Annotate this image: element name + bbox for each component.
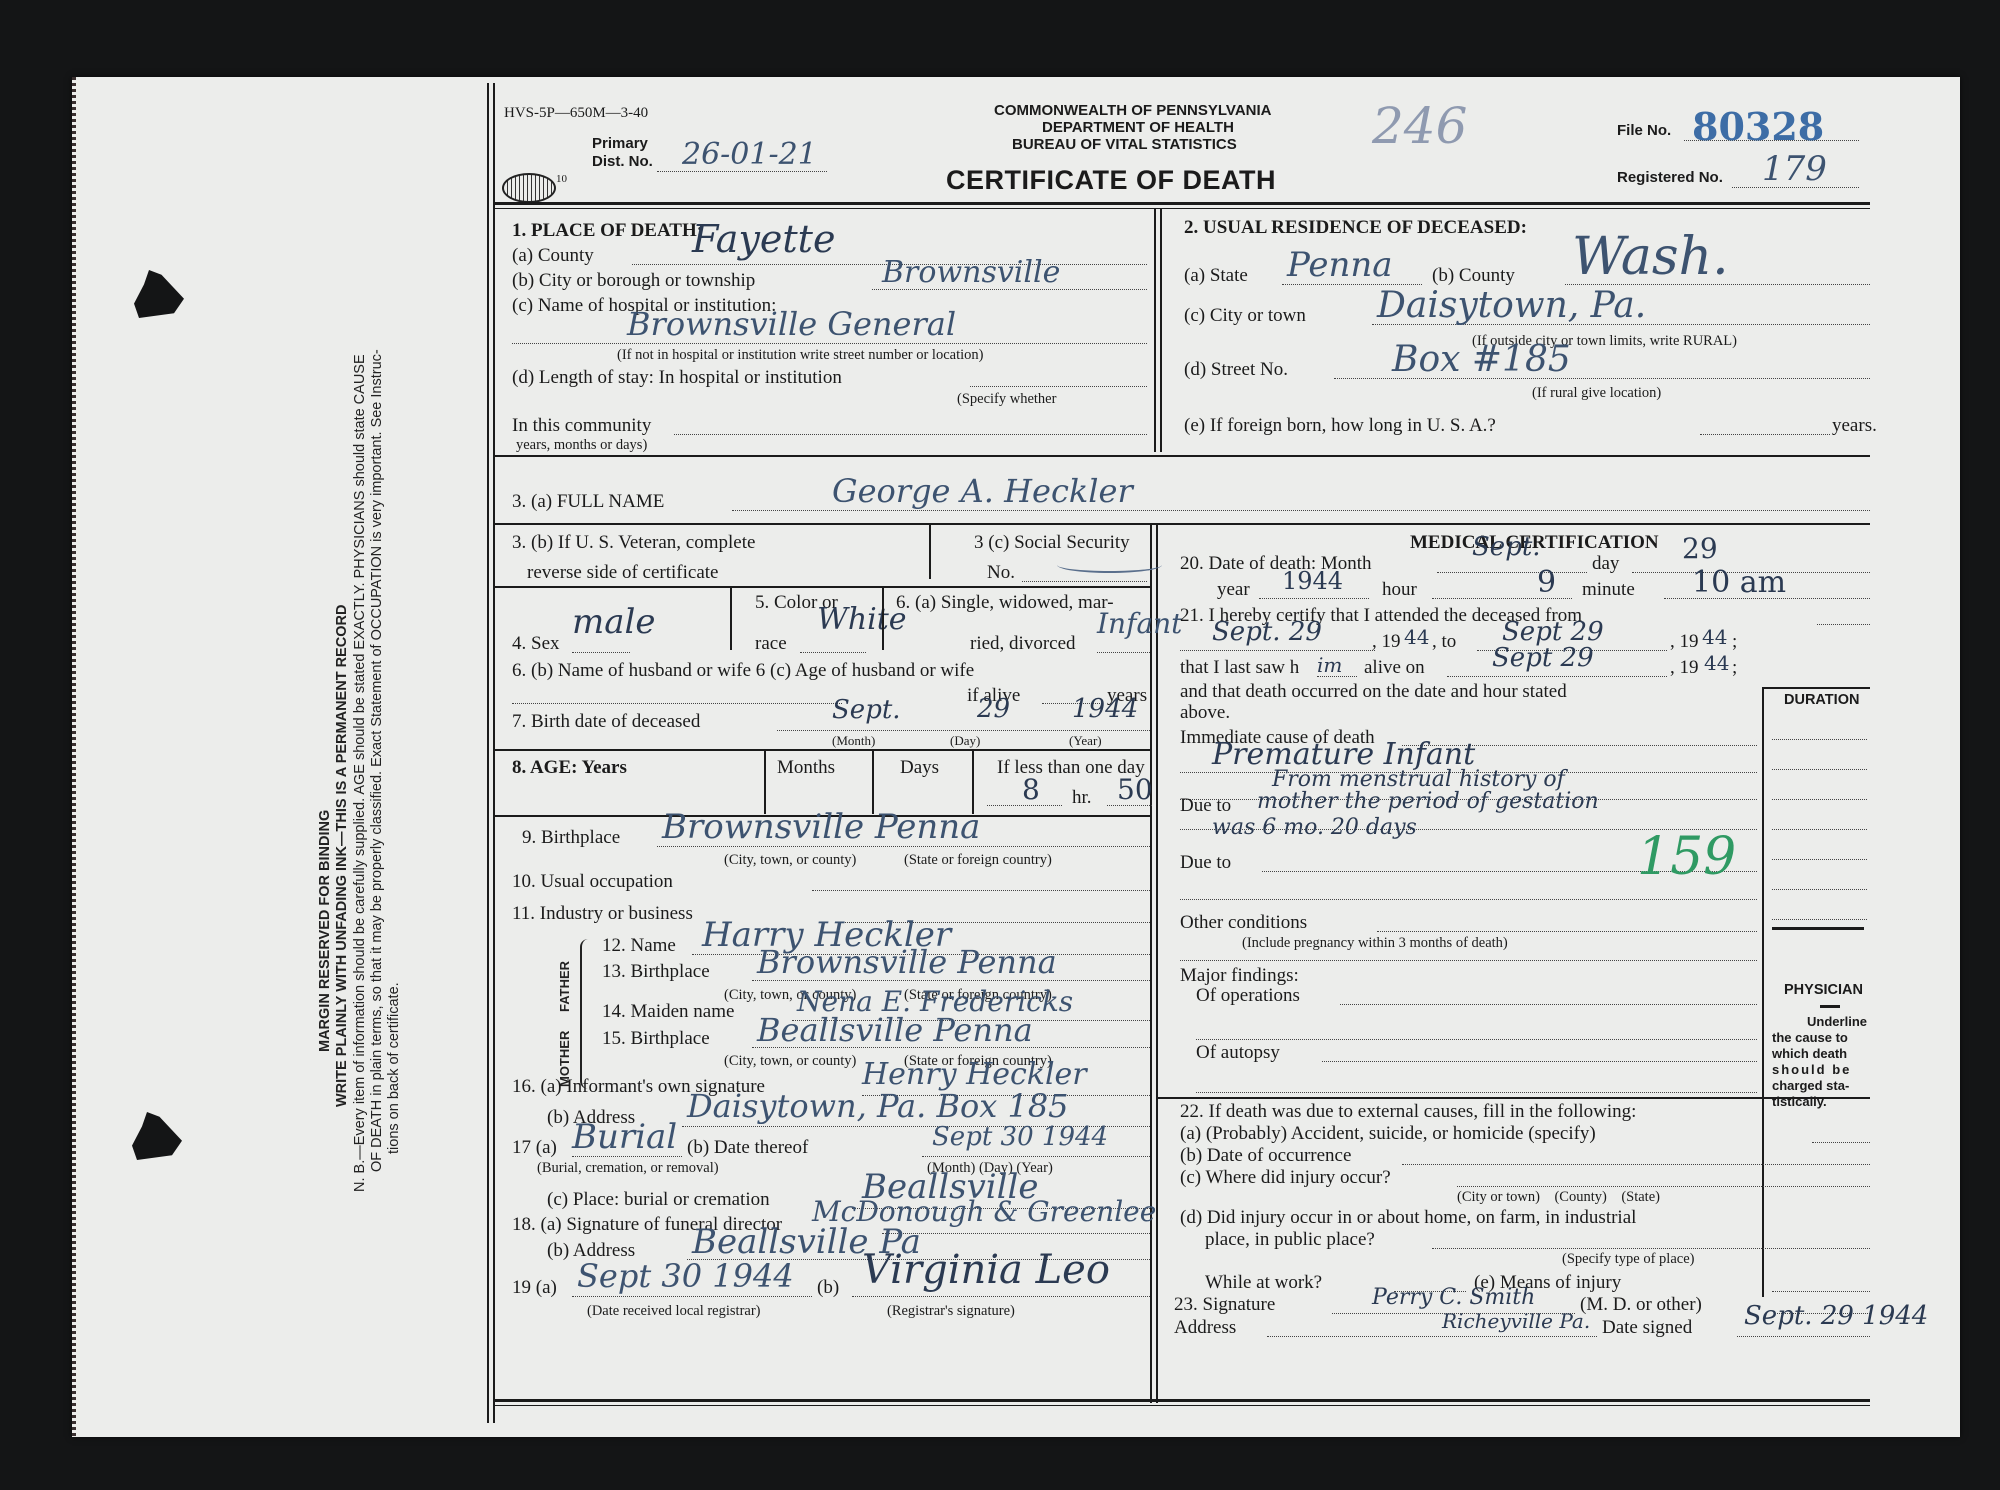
age-hr-label: hr.: [1072, 787, 1092, 809]
last-saw-semicolon: ;: [1732, 657, 1737, 679]
age-divider-2: [872, 751, 874, 814]
age-divider-1: [764, 751, 766, 814]
binding-hole-bottom: [132, 1112, 182, 1160]
section-divider-upper-2: [1160, 209, 1162, 452]
date-signed-line: [1737, 1336, 1870, 1337]
res-street-note: (If rural give location): [1532, 385, 1661, 402]
cause-line-3-value: mother the period of gestation: [1257, 789, 1599, 814]
res-state-value: Penna: [1287, 245, 1393, 285]
union-bug-number: 10: [556, 173, 567, 185]
operations-line: [1340, 1004, 1757, 1005]
physician-signature-value: Perry C. Smith: [1372, 1285, 1535, 1310]
due-to-line-3: [1180, 899, 1757, 900]
hospital-value: Brownsville General: [627, 305, 956, 343]
birth-year-value: 1944: [1072, 694, 1138, 724]
full-name-label: 3. (a) FULL NAME: [512, 491, 664, 513]
minute-label: minute: [1582, 579, 1635, 601]
stat-code-value: 159: [1637, 827, 1736, 887]
birth-day-caption: (Day): [950, 733, 980, 749]
file-no-value: 80328: [1692, 104, 1824, 149]
birth-month-caption: (Month): [832, 733, 875, 749]
sex-race-divider: [730, 587, 732, 650]
registrar-date-line: [572, 1296, 812, 1297]
place-of-death-heading: 1. PLACE OF DEATH:: [512, 220, 703, 242]
physician-signature-label: 23. Signature: [1174, 1294, 1275, 1316]
day-label: day: [1592, 553, 1619, 575]
stay-line: [970, 386, 1147, 387]
marital-label-1: 6. (a) Single, widowed, mar-: [896, 592, 1114, 614]
residence-heading: 2. USUAL RESIDENCE OF DECEASED:: [1184, 217, 1527, 239]
registrar-label-a: 19 (a): [512, 1277, 557, 1299]
duration-line-5: [1772, 859, 1867, 860]
race-line: [800, 652, 866, 653]
registrar-date-value: Sept 30 1944: [577, 1257, 794, 1295]
res-county-label: (b) County: [1432, 265, 1515, 287]
mother-city-caption: (City, town, or county): [724, 1053, 856, 1070]
other-conditions-note: (Include pregnancy within 3 months of de…: [1242, 935, 1508, 952]
duration-line-2: [1772, 769, 1867, 770]
duration-bottom-rule: [1772, 927, 1864, 930]
birth-day-value: 29: [977, 694, 1010, 724]
operations-label: Of operations: [1196, 985, 1300, 1007]
birth-year-caption: (Year): [1069, 733, 1102, 749]
last-saw-date: Sept 29: [1492, 643, 1594, 673]
physician-dash: [1820, 1005, 1840, 1008]
res-street-value: Box #185: [1392, 339, 1571, 380]
means-of-injury-line: [1772, 1291, 1870, 1292]
registrar-signature-caption: (Registrar's signature): [887, 1303, 1015, 1320]
header-rule: [495, 202, 1870, 205]
sex-label: 4. Sex: [512, 633, 560, 655]
margin-nb-line1: N. B.—Every item of information should b…: [352, 354, 369, 1192]
duration-line-4: [1772, 829, 1867, 830]
duration-top-rule: [1762, 687, 1870, 689]
res-state-label: (a) State: [1184, 265, 1248, 287]
race-label-2: race: [755, 633, 787, 655]
father-birthplace-label: 13. Birthplace: [602, 961, 710, 983]
union-bug-icon: [502, 173, 556, 203]
physician-note-line-3: which death: [1772, 1046, 1867, 1062]
marital-value: Infant: [1097, 607, 1182, 640]
external-d-caption: (Specify type of place): [1562, 1251, 1694, 1268]
attended-from-year-prefix: , 19: [1372, 631, 1401, 653]
external-c-line: [1457, 1186, 1870, 1187]
other-conditions-label: Other conditions: [1180, 912, 1307, 934]
due-to-label-2: Due to: [1180, 852, 1231, 874]
certify-line: [1817, 624, 1870, 625]
alive-on-label: alive on: [1364, 657, 1425, 679]
external-b-label: (b) Date of occurrence: [1180, 1145, 1351, 1167]
death-year-line: [1259, 598, 1369, 599]
industry-label: 11. Industry or business: [512, 903, 693, 925]
rule-after-sec1: [495, 455, 1870, 457]
certificate-title: CERTIFICATE OF DEATH: [946, 165, 1276, 196]
last-saw-year: 44: [1704, 651, 1729, 675]
father-side-label: FATHER: [556, 961, 573, 1012]
age-divider-3: [972, 751, 974, 814]
father-birthplace-value: Brownsville Penna: [757, 943, 1057, 981]
disposition-method-caption: (Burial, cremation, or removal): [537, 1160, 719, 1177]
last-saw-year-prefix: , 19: [1670, 657, 1699, 679]
full-name-label-text: 3. (a) FULL NAME: [512, 491, 664, 512]
death-month-value: Sept.: [1472, 532, 1541, 562]
county-label: (a) County: [512, 245, 594, 267]
section-divider-lower-2: [1156, 523, 1158, 1403]
duration-line-6: [1772, 889, 1867, 890]
agency-line-3: BUREAU OF VITAL STATISTICS: [1012, 136, 1237, 153]
due-to-label: Due to: [1180, 795, 1231, 817]
disposition-date-label: (b) Date thereof: [687, 1137, 808, 1159]
stay-note: (Specify whether: [957, 391, 1056, 408]
cause-line-4-value: was 6 mo. 20 days: [1212, 815, 1417, 840]
header-rule-2: [495, 208, 1870, 209]
external-c-captions: (City or town) (County) (State): [1457, 1189, 1660, 1206]
primary-label: Primary: [592, 135, 648, 152]
ssn-label-1: 3 (c) Social Security: [974, 532, 1130, 554]
certificate-paper: MARGIN RESERVED FOR BINDING WRITE PLAINL…: [72, 77, 1960, 1437]
margin-nb-line2: OF DEATH in plain terms, so that it may …: [369, 349, 386, 1172]
dist-no-label: Dist. No.: [592, 153, 653, 170]
file-no-label: File No.: [1617, 122, 1671, 139]
hospital-note: (If not in hospital or institution write…: [617, 347, 983, 364]
veteran-ssn-divider: [929, 524, 931, 579]
spouse-label: 6. (b) Name of husband or wife 6 (c) Age…: [512, 660, 974, 682]
margin-binding-note: MARGIN RESERVED FOR BINDING: [317, 810, 334, 1052]
form-bottom-rule-2: [495, 1405, 1870, 1406]
physician-note-line-2: the cause to: [1772, 1030, 1867, 1046]
disposition-label: 17 (a): [512, 1137, 557, 1159]
physician-note: Underline the cause to which death shoul…: [1772, 1014, 1867, 1110]
birthplace-value: Brownsville Penna: [662, 807, 980, 847]
physician-address-label: Address: [1174, 1317, 1236, 1339]
attended-from-value: Sept. 29: [1212, 617, 1322, 647]
margin-ink-note: WRITE PLAINLY WITH UNFADING INK—THIS IS …: [334, 605, 351, 1107]
county-value: Fayette: [692, 217, 835, 261]
physician-label: PHYSICIAN: [1784, 982, 1863, 998]
res-foreign-suffix: years.: [1832, 415, 1877, 437]
hospital-line: [512, 343, 1147, 344]
agency-line-1: COMMONWEALTH OF PENNSYLVANIA: [994, 102, 1272, 119]
rule-after-name: [495, 523, 1870, 525]
birthplace-label: 9. Birthplace: [522, 827, 620, 849]
rule-before-external: [1158, 1097, 1870, 1099]
sex-value: male: [572, 602, 656, 642]
res-city-value: Daisytown, Pa.: [1377, 285, 1646, 326]
age-minutes-value: 50: [1117, 773, 1153, 806]
city-value: Brownsville: [882, 255, 1060, 290]
community-line: [674, 434, 1147, 435]
last-saw-date-line: [1447, 676, 1667, 677]
birth-date-line: [777, 730, 1150, 731]
death-year-value: 1944: [1282, 567, 1343, 595]
registrar-signature-value: Virginia Leo: [862, 1247, 1110, 1293]
age-hours-value: 8: [1022, 773, 1040, 806]
duration-line-7: [1772, 919, 1867, 920]
rule-before-age: [495, 749, 1150, 751]
physician-note-line-4: should be: [1772, 1062, 1867, 1078]
while-at-work-label: While at work?: [1205, 1272, 1322, 1294]
death-day-value: 29: [1682, 532, 1718, 565]
attended-from-year: 44: [1404, 625, 1429, 649]
hour-label: hour: [1382, 579, 1417, 601]
burial-place-label: (c) Place: burial or cremation: [547, 1189, 770, 1211]
disposition-date-value: Sept 30 1944: [932, 1122, 1108, 1152]
external-d-label-1: (d) Did injury occur in or about home, o…: [1180, 1207, 1636, 1229]
form-border-left-outer: [487, 83, 489, 1423]
funeral-director-line: [882, 1233, 1150, 1234]
last-saw-pronoun: im: [1317, 653, 1342, 677]
section-divider-lower: [1150, 523, 1152, 1403]
disposition-date-line: [922, 1156, 1150, 1157]
res-city-label: (c) City or town: [1184, 305, 1306, 327]
birth-month-value: Sept.: [832, 695, 901, 725]
city-label: (b) City or borough or township: [512, 270, 755, 292]
external-d-label-2: place, in public place?: [1205, 1229, 1375, 1251]
community-label: In this community: [512, 415, 651, 437]
ssn-line: [1022, 581, 1147, 582]
other-conditions-line: [1377, 931, 1757, 932]
registered-no-value: 179: [1762, 149, 1827, 189]
occupation-label: 10. Usual occupation: [512, 871, 673, 893]
year-label: year: [1217, 579, 1250, 601]
to-label: , to: [1432, 631, 1456, 653]
registrar-signature-line: [852, 1296, 1150, 1297]
physician-address-value: Richeyville Pa.: [1442, 1309, 1590, 1333]
attended-to-year: 44: [1702, 625, 1727, 649]
autopsy-label: Of autopsy: [1196, 1042, 1280, 1064]
major-findings-label: Major findings:: [1180, 965, 1299, 987]
birthplace-state-caption: (State or foreign country): [904, 852, 1052, 869]
binding-hole-top: [134, 270, 184, 318]
rule-after-veteran: [495, 586, 1150, 588]
death-month-line: [1437, 572, 1587, 573]
res-county-value: Wash.: [1572, 227, 1729, 287]
race-marital-divider: [882, 587, 884, 650]
full-name-value: George A. Heckler: [832, 472, 1133, 510]
stay-label: (d) Length of stay: In hospital or insti…: [512, 367, 842, 389]
autopsy-line: [1322, 1061, 1757, 1062]
ssn-dash-mark: [1057, 557, 1162, 573]
mother-birthplace-label: 15. Birthplace: [602, 1028, 710, 1050]
disposition-method-value: Burial: [572, 1117, 677, 1157]
marital-line: [1097, 652, 1150, 653]
attended-to-year-prefix: , 19: [1670, 631, 1699, 653]
death-hour-value: 9: [1537, 565, 1556, 600]
attended-to-semicolon: ;: [1732, 631, 1737, 653]
external-d-line: [1432, 1248, 1870, 1249]
external-a-label: (a) (Probably) Accident, suicide, or hom…: [1180, 1123, 1596, 1145]
mother-maiden-label: 14. Maiden name: [602, 1001, 734, 1023]
full-name-line: [732, 510, 1870, 511]
form-code: HVS-5P—650M—3-40: [504, 105, 648, 122]
physician-address-line: [1267, 1336, 1597, 1337]
last-saw-label: that I last saw h: [1180, 657, 1299, 679]
attended-from-line: [1180, 650, 1375, 651]
autopsy-line-2: [1196, 1092, 1757, 1093]
external-a-line: [1812, 1142, 1870, 1143]
race-value: White: [817, 602, 907, 637]
dist-no-value: 26-01-21: [682, 137, 817, 172]
occurred-label-2: above.: [1180, 702, 1230, 724]
res-foreign-label: (e) If foreign born, how long in U. S. A…: [1184, 415, 1496, 437]
agency-line-2: DEPARTMENT OF HEALTH: [1042, 119, 1234, 136]
date-signed-value: Sept. 29 1944: [1744, 1301, 1928, 1331]
other-conditions-line-2: [1180, 960, 1757, 961]
community-note: years, months or days): [516, 437, 647, 454]
section-divider-upper: [1154, 209, 1156, 452]
birthplace-city-caption: (City, town, or county): [724, 852, 856, 869]
spouse-blank-line: [512, 703, 842, 704]
veteran-label-2: reverse side of certificate: [527, 562, 718, 584]
age-years-label: 8. AGE: Years: [512, 757, 627, 779]
physician-note-line-1: Underline: [1772, 1014, 1867, 1030]
external-heading: 22. If death was due to external causes,…: [1180, 1101, 1636, 1123]
duration-line-1: [1772, 739, 1867, 740]
age-months-label: Months: [777, 757, 835, 779]
sex-line: [572, 652, 630, 653]
res-street-label: (d) Street No.: [1184, 359, 1288, 381]
form-bottom-rule: [495, 1399, 1870, 1402]
age-days-label: Days: [900, 757, 939, 779]
veteran-label-1: 3. (b) If U. S. Veteran, complete: [512, 532, 755, 554]
occupation-line: [812, 890, 1150, 891]
res-foreign-line: [1700, 434, 1830, 435]
external-b-line: [1402, 1164, 1870, 1165]
operations-line-2: [1196, 1039, 1757, 1040]
margin-nb-line3: tions on back of certificate.: [386, 982, 403, 1154]
date-signed-label: Date signed: [1602, 1317, 1692, 1339]
duration-label: DURATION: [1784, 692, 1859, 708]
marital-label-2: ried, divorced: [970, 633, 1076, 655]
father-name-label: 12. Name: [602, 935, 676, 957]
parents-brace: [580, 939, 590, 1089]
physician-title-label: (M. D. or other): [1580, 1294, 1702, 1316]
registrar-label-b: (b): [817, 1277, 839, 1299]
duration-column-divider: [1762, 687, 1764, 1297]
form-border-left-inner: [493, 83, 495, 1423]
ssn-label-2: No.: [987, 562, 1015, 584]
external-c-label: (c) Where did injury occur?: [1180, 1167, 1391, 1189]
informant-address-value: Daisytown, Pa. Box 185: [687, 1087, 1069, 1125]
registered-no-label: Registered No.: [1617, 169, 1723, 186]
physician-note-line-5: charged sta-: [1772, 1078, 1867, 1094]
mother-birthplace-value: Beallsville Penna: [757, 1011, 1033, 1049]
death-minute-value: 10 am: [1692, 565, 1786, 600]
registrar-date-caption: (Date received local registrar): [587, 1303, 761, 1320]
duration-line-3: [1772, 799, 1867, 800]
birth-date-label: 7. Birth date of deceased: [512, 711, 700, 733]
occurred-label-1: and that death occurred on the date and …: [1180, 681, 1567, 703]
pencil-note: 246: [1372, 97, 1467, 155]
